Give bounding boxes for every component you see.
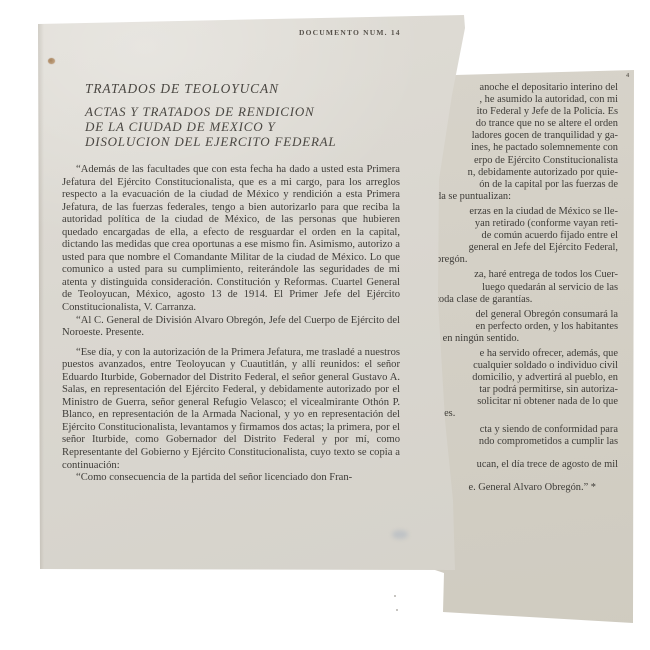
back-page-text-line: general en Jefe del Ejército Federal, <box>430 242 618 254</box>
back-page-text-fragment: bregón. <box>436 254 467 265</box>
back-page-text-fragment: erpo de Ejército Constitucionalista <box>474 155 618 166</box>
body-paragraph-text: “Al C. General de División Alvaro Obregó… <box>62 315 400 339</box>
back-page-text-fragment: ladores gocen de tranquilidad y ga- <box>472 130 618 141</box>
paper-stain <box>48 58 55 64</box>
back-page-text-fragment: luego quedarán al servicio de las <box>482 282 618 293</box>
back-page-text-fragment: toda clase de garantías. <box>436 294 532 305</box>
back-page-text-line: anoche el depositario interino del <box>430 82 618 94</box>
back-page-text-line: do trance que no se altere el orden <box>430 118 618 130</box>
dust-speck <box>394 595 396 597</box>
document-subtitle: ACTAS Y TRATADOS DE RENDICIONDE LA CIUDA… <box>85 104 336 150</box>
back-page-text-line: e. General Alvaro Obregón.” * <box>430 482 618 494</box>
document-subtitle-line: ACTAS Y TRATADOS DE RENDICION <box>85 104 336 119</box>
document-body: “Además de las facultades que con esta f… <box>62 164 400 485</box>
back-page-text-fragment: ucan, el día trece de agosto de mil <box>477 459 618 470</box>
title-block: TRATADOS DE TEOLOYUCAN ACTAS Y TRATADOS … <box>85 81 336 150</box>
back-page-text-fragment: ón de la capital por las fuerzas de <box>479 179 618 190</box>
back-page-text-line: ón de la capital por las fuerzas de <box>430 179 618 191</box>
back-page-text-fragment: ines, he pactado solemnemente con <box>471 142 618 153</box>
back-page-text-line: erzas en la ciudad de México se lle- <box>430 206 618 218</box>
back-page-text-fragment: erzas en la ciudad de México se lle- <box>469 206 618 217</box>
body-paragraph-text: “Ese día, y con la autorización de la Pr… <box>62 347 400 471</box>
back-page-text-line: de común acuerdo fijado entre el <box>430 230 618 242</box>
back-page-text: anoche el depositario interino del, he a… <box>430 82 618 494</box>
back-page-text-line: del general Obregón consumará la <box>430 309 618 321</box>
page-corner-mark: 4 <box>626 72 629 79</box>
back-page-text-fragment: s en ningún sentido. <box>436 333 519 344</box>
body-paragraph: “Además de las facultades que con esta f… <box>62 164 400 315</box>
back-page-text-line: tar podrá permitirse, sin autoriza- <box>430 384 618 396</box>
back-page-text-fragment: ito Federal y Jefe de la Policía. Es <box>477 106 618 117</box>
back-page-text-fragment: n, debidamente autorizado por quie- <box>468 167 618 178</box>
back-page-text-line: bregón. <box>430 254 618 266</box>
back-page-text-line: domicilio, y advertirá al pueblo, en <box>430 372 618 384</box>
back-page-text-fragment: , he asumido la autoridad, con mi <box>479 94 618 105</box>
back-page-text-line: toda clase de garantías. <box>430 294 618 306</box>
back-page-text-fragment: solicitar ni obtener nada de lo que <box>477 396 618 407</box>
back-page-text-line: erpo de Ejército Constitucionalista <box>430 155 618 167</box>
back-page-text-fragment: cualquier soldado o individuo civil <box>473 360 618 371</box>
back-page-text-line: , he asumido la autoridad, con mi <box>430 94 618 106</box>
back-page-text-fragment: de común acuerdo fijado entre el <box>482 230 618 241</box>
dust-speck <box>396 609 398 611</box>
back-page-text-fragment: ndo comprometidos a cumplir las <box>479 436 618 447</box>
back-page-text-line: s en ningún sentido. <box>430 333 618 345</box>
back-page-text-line: ucan, el día trece de agosto de mil <box>430 459 618 471</box>
back-page-text-fragment: cta y siendo de conformidad para <box>480 424 618 435</box>
back-page-text-fragment: za, haré entrega de todos los Cuer- <box>474 269 618 280</box>
back-page-text-line: ito Federal y Jefe de la Policía. Es <box>430 106 618 118</box>
back-page-text-fragment: domicilio, y advertirá al pueblo, en <box>472 372 618 383</box>
back-page-text-fragment: anoche el depositario interino del <box>480 82 619 93</box>
back-page-text-fragment: do trance que no se altere el orden <box>476 118 618 129</box>
back-page-text-fragment: tar podrá permitirse, sin autoriza- <box>479 384 618 395</box>
body-paragraph-text: “Además de las facultades que con esta f… <box>62 164 400 313</box>
back-page-text-line: solicitar ni obtener nada de lo que <box>430 396 618 408</box>
back-page-text-line: e ha servido ofrecer, además, que <box>430 348 618 360</box>
body-paragraph-text: “Como consecuencia de la partida del señ… <box>76 472 352 483</box>
back-page-text-line: n, debidamente autorizado por quie- <box>430 167 618 179</box>
back-page-text-line: luego quedarán al servicio de las <box>430 282 618 294</box>
back-page-text-line: ndo comprometidos a cumplir las <box>430 436 618 448</box>
back-page-text-line: cualquier soldado o individuo civil <box>430 360 618 372</box>
document-subtitle-line: DE LA CIUDAD DE MEXICO Y <box>85 119 336 134</box>
document-subtitle-line: DISOLUCION DEL EJERCITO FEDERAL <box>85 134 336 149</box>
back-page-text-line: za, haré entrega de todos los Cuer- <box>430 269 618 281</box>
back-page-text-line: da se puntualizan: <box>430 191 618 203</box>
back-page-text-line: en perfecto orden, y los habitantes <box>430 321 618 333</box>
back-page-text-line: ines, he pactado solemnemente con <box>430 142 618 154</box>
document-number-label: DOCUMENTO NUM. 14 <box>299 28 401 37</box>
ink-smudge <box>392 530 408 539</box>
back-page-text-fragment: del general Obregón consumará la <box>475 309 618 320</box>
back-page-text-fragment: general en Jefe del Ejército Federal, <box>469 242 618 253</box>
body-paragraph: “Como consecuencia de la partida del señ… <box>62 472 400 485</box>
back-page-text-fragment: yan retirado (conforme vayan reti- <box>475 218 618 229</box>
document-title: TRATADOS DE TEOLOYUCAN <box>85 81 336 96</box>
back-page-text-fragment: da se puntualizan: <box>436 191 511 202</box>
back-page-text-fragment: e ha servido ofrecer, además, que <box>480 348 618 359</box>
body-paragraph: “Ese día, y con la autorización de la Pr… <box>62 347 400 472</box>
body-paragraph: “Al C. General de División Alvaro Obregó… <box>62 315 400 340</box>
back-page-text-fragment: e. General Alvaro Obregón.” * <box>468 482 596 493</box>
back-page-text-line: yan retirado (conforme vayan reti- <box>430 218 618 230</box>
back-page-text-line: cta y siendo de conformidad para <box>430 424 618 436</box>
back-page-text-line: ladores gocen de tranquilidad y ga- <box>430 130 618 142</box>
back-page-text-fragment: en perfecto orden, y los habitantes <box>475 321 618 332</box>
back-page-text-line: ares. <box>430 408 618 420</box>
